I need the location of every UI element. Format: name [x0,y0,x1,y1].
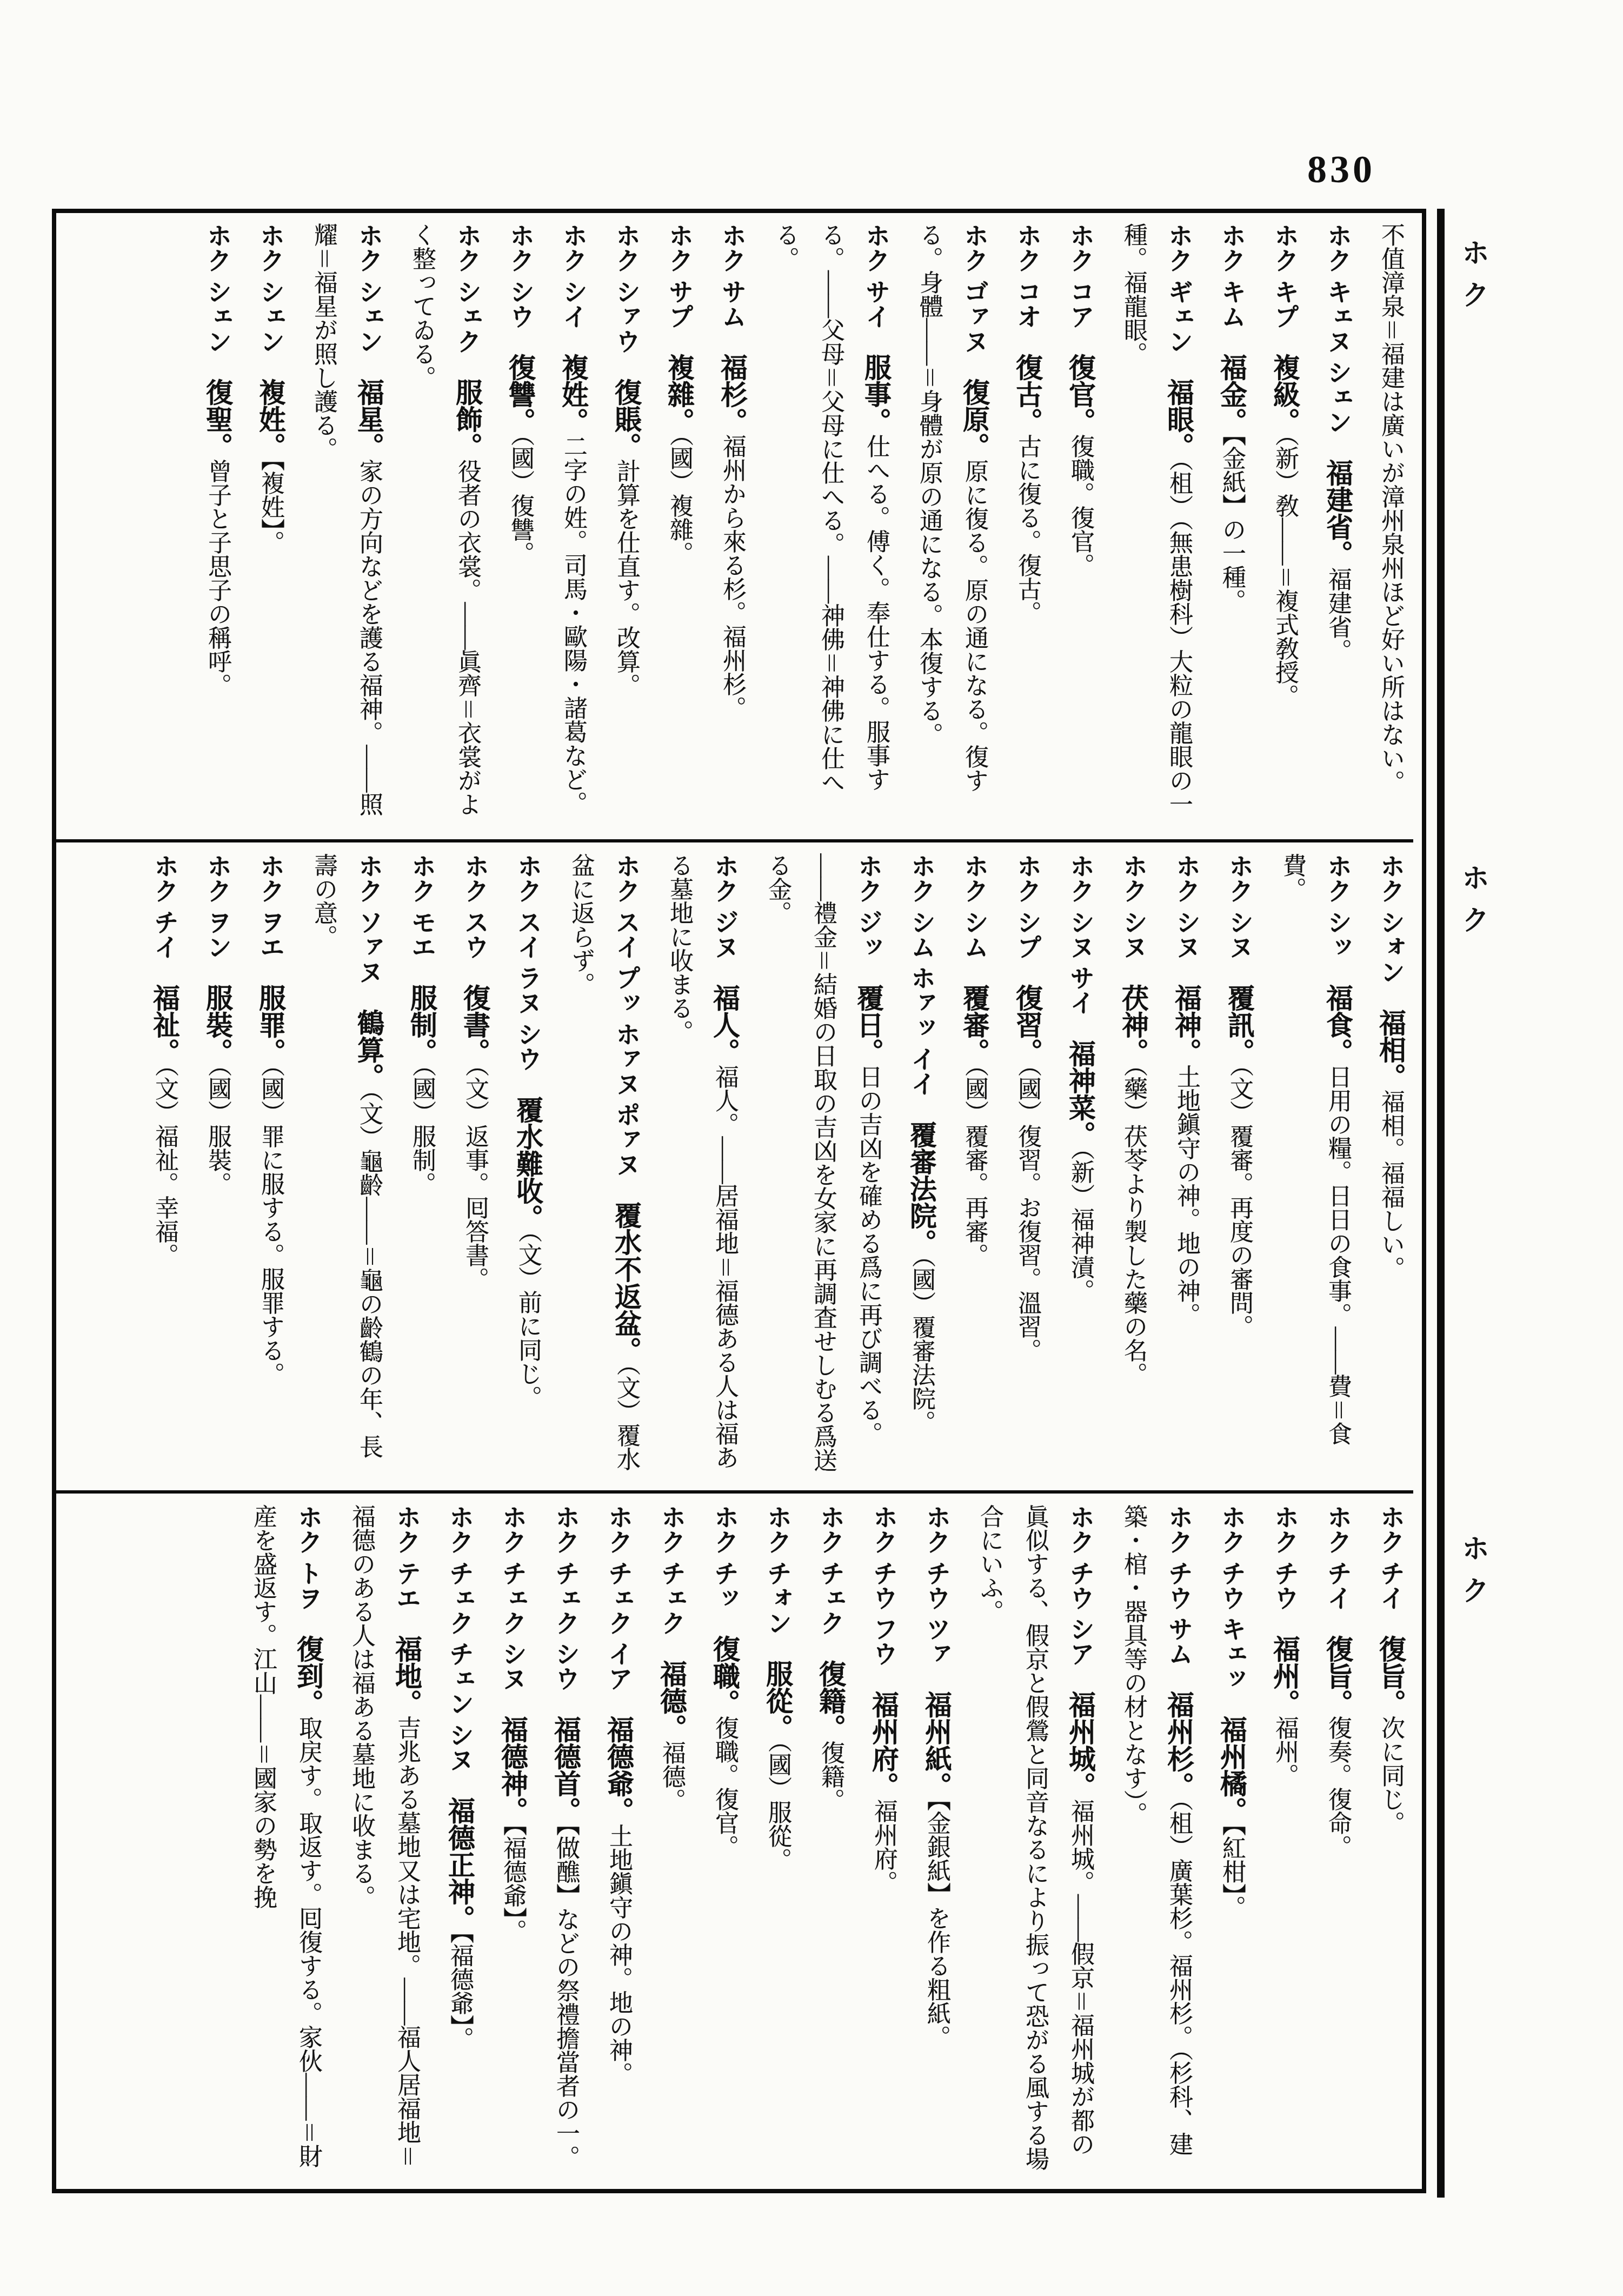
entry-reading: ホク シイ [560,223,587,354]
entry-gloss: 【金紙】の一種。 [1219,435,1245,613]
entry-gloss: （國）復習。お復習。溫習。 [1014,1065,1041,1363]
dict-entry: ホク コオ復古。古に復る。復古。 [1005,223,1050,827]
dict-entry: ホク チェク シウ福德首。【做醮】などの祭禮擔當者の一。 [543,1504,588,2177]
entry-headword: 福州城。 [1065,1691,1095,1799]
entry-reading: ホク シォン [1377,853,1405,1009]
dict-entry: ホク サプ複雜。（國）複雜。 [656,223,702,827]
dict-entry: ホク ヲン服裝。（國）服裝。 [195,853,240,1476]
margin-index-label-bottom: ホク [1452,1534,1493,1618]
entry-reading: ホク チェク [817,1504,844,1660]
dict-entry: ホク スイ ラヌ シウ覆水難收。（文）前に同じ。 [505,853,550,1476]
dict-entry: ホク シヌ覆訊。（文）覆審。再度の審問。 [1216,853,1262,1476]
entry-reading: ホク モエ [408,853,436,984]
entry-gloss: 【金銀紙】を作る粗紙。 [923,1799,950,2049]
entry-reading: ホク チェク [658,1504,686,1660]
dict-entry: ホク チェク福德。福德。 [649,1504,694,2177]
entry-reading: ホク シェン [257,223,284,379]
entry-reading: ホク チイ [1324,1504,1352,1635]
dict-entry: ホク ソァヌ鶴算。（文）龜齡――＝龜の齡鶴の年、長壽の意。 [301,853,391,1476]
dict-entry: ホク ゴァヌ復原。原に復る。原の通になる。復する。身體――＝身體が原の通になる。… [906,223,997,827]
entry-headword: 復旨。 [1375,1635,1406,1716]
dictionary-page-scan: { "page": { "number": "830", "margin_lab… [0,0,1623,2296]
entry-reading: ホク シウ [507,223,534,354]
entry-gloss: （國）覆審法院。 [908,1256,935,1435]
dict-entry: ホク チイ福祉。（文）福祉。幸福。 [142,853,187,1476]
entry-headword: 覆水難收。 [513,1096,543,1231]
dict-entry: ホク テエ福地。吉兆ある墓地又は宅地。――福人居福地＝福德のある人は福ある墓地に… [338,1504,429,2177]
entry-headword: 福地。 [391,1635,422,1716]
entry-gloss: （文）返事。囘答書。 [462,1065,488,1291]
entry-reading: ホク スイ プッ ホァヌ ポァヌ [613,853,640,1202]
entry-reading: ホク チウ シア [1067,1504,1094,1691]
dict-entry: ホク シェン復聖。曾子と子思子の稱呼。 [195,223,240,827]
dict-entry: ホク スイ プッ ホァヌ ポァヌ覆水不返盆。（文）覆水盆に返らず。 [558,853,649,1476]
entry-reading: ホク シェン [355,223,383,379]
entry-headword: 復籍。 [815,1660,846,1741]
entry-gloss: 福州府。 [870,1799,897,1894]
entry-headword: 福德神。 [497,1716,528,1824]
entry-gloss: 福建省。 [1325,567,1351,662]
entry-headword: 復官。 [1065,354,1095,435]
dict-entry: ホク シォン福相。福相。福福しい。 [1368,853,1413,1476]
entry-headword: 福神。 [1171,984,1201,1065]
entry-gloss: （新）敎――＝複式敎授。 [1272,435,1298,708]
entry-headword: 福星。 [354,379,384,460]
margin-rule [1437,209,1445,2198]
entry-gloss: （文）前に同じ。 [515,1231,541,1410]
dict-entry: ホク サイ服事。仕へる。傅く。奉仕する。服事する。――父母＝父母に仕へる。――神… [762,223,899,827]
dict-entry: ホク シム ホァッ イイ覆審法院。（國）覆審法院。 [899,853,944,1476]
entry-reading: ホク チウ [1271,1504,1299,1635]
entry-reading: ホク コオ [1014,223,1041,354]
entry-headword: 復到。 [293,1635,323,1716]
entry-headword: 複姓。 [558,354,588,435]
dict-entry: ホク チッ復職。復職。復官。 [702,1504,747,2177]
entry-gloss: （新）福神漬。 [1067,1148,1094,1303]
dict-entry: ホク コア復官。復職。復官。 [1057,223,1103,827]
entry-gloss: 【福德爺】。 [500,1824,526,1943]
entry-reading: ホク シッ [1324,853,1352,984]
entry-reading: ホク ジッ [855,853,882,984]
dict-entry: ホク シヌ サイ福神菜。（新）福神漬。 [1057,853,1103,1476]
entry-reading: ホク ソァヌ [355,853,383,1009]
entry-headword: 福人。 [709,984,740,1065]
entry-headword: 福德。 [656,1660,687,1741]
entry-reading: ホク コア [1067,223,1094,354]
entry-headword: 復職。 [709,1635,740,1716]
entry-reading: ホク チイ [151,853,178,984]
margin-index-label-middle: ホク [1452,863,1493,947]
entry-reading: ホク シヌ サイ [1067,853,1094,1040]
entry-reading: ホク チッ [711,1504,739,1635]
entry-reading: ホク シム [961,853,988,984]
dict-entry: ホク シェン複姓。【複姓】。 [248,223,293,827]
entry-reading: ホク チェク イア [605,1504,633,1716]
dict-entry: ホク チウ福州。福州。 [1262,1504,1307,2177]
entry-reading: ホク ジヌ [711,853,739,984]
entry-reading: ホク サム [719,223,746,354]
entry-headword: 鶴算。 [354,1009,384,1090]
entry-reading: ホク チェク シウ [552,1504,580,1716]
tier-divider [56,839,1413,842]
dict-entry: ホク キェヌ シェン福建省。福建省。 [1315,223,1360,827]
entry-gloss: 復奏。復命。 [1325,1716,1351,1859]
entry-gloss: （國）服裝。 [204,1065,231,1196]
entry-headword: 福德首。 [550,1716,581,1824]
dict-entry: ホク シム覆審。（國）覆審。再審。 [952,853,997,1476]
entry-headword: 服裝。 [202,984,232,1065]
dict-entry: ホク チェク イア福德爺。土地鎭守の神。地の神。 [596,1504,641,2177]
entry-headword: 福建省。 [1322,459,1353,567]
entry-gloss: （國）服制。 [409,1065,435,1196]
entry-reading: ホク トヲ [295,1504,322,1635]
entry-reading: ホク チェク チェン シヌ [446,1504,474,1797]
dict-entry: ホク チウ サム福州杉。（柤）廣葉杉。福州杉。（杉科、建築・棺・器具等の材となす… [1110,1504,1201,2177]
entry-reading: ホク チォン [764,1504,791,1660]
entry-headword: 福州。 [1269,1635,1300,1716]
tier-middle: ホク シォン福相。福相。福福しい。ホク シッ福食。日用の糧。日日の食事。――費＝… [66,853,1413,1476]
dict-entry: ホク スウ復書。（文）返事。囘答書。 [452,853,497,1476]
entry-headword: 福州紙。 [921,1691,952,1799]
dict-entry: ホク シァウ復賬。計算を仕直す。改算。 [603,223,649,827]
entry-gloss: 福德。 [658,1741,685,1813]
entry-reading: ホク チウ フウ [870,1504,897,1691]
dict-entry: ホク ヲエ服罪。（國）罪に服する。服罪する。 [248,853,293,1476]
entry-reading: ホク ヲエ [257,853,284,984]
entry-gloss: （國）覆審。再審。 [961,1065,988,1268]
dict-entry: ホク シヌ福神。土地鎭守の神。地の神。 [1163,853,1209,1476]
tier-divider [56,1490,1413,1494]
entry-reading: ホク シェク [454,223,481,379]
entry-reading: ホク ゴァヌ [961,223,988,379]
entry-gloss: 福州から來る杉。福州杉。 [719,435,746,720]
entry-headword: 復習。 [1012,984,1042,1065]
entry-headword: 福德爺。 [603,1716,634,1824]
page-number: 830 [1307,147,1375,192]
entry-headword: 復聖。 [202,379,232,460]
dict-entry: ホク ギェン福眼。（柤）（無患樹科）大粒の龍眼の一種。福龍眼。 [1110,223,1201,827]
entry-gloss: 古に復る。復古。 [1014,435,1041,625]
tier-top: 不值漳泉＝福建は廣いが漳州泉州ほど好い所はない。ホク キェヌ シェン福建省。福建… [66,223,1413,827]
entry-headword: 覆審法院。 [906,1121,936,1256]
entry-gloss: （文）覆審。再度の審問。 [1226,1065,1253,1339]
entry-headword: 覆水不返盆。 [611,1202,641,1364]
entry-gloss: 曾子と子思子の稱呼。 [204,460,231,698]
dict-entry: ホク トヲ復到。取戻す。取返す。囘復する。家伙――＝財産を盛返す。江山――＝國家… [240,1504,331,2177]
dict-entry: ホク チウ ツァ福州紙。【金銀紙】を作る粗紙。 [914,1504,959,2177]
entry-headword: 茯神。 [1118,984,1148,1065]
dict-entry: ホク シイ複姓。二字の姓。司馬・歐陽・諸葛など。 [550,223,596,827]
dict-entry: ホク チウ フウ福州府。福州府。 [861,1504,906,2177]
entry-reading: ホク チイ [1377,1504,1405,1635]
entry-gloss: （國）復讐。 [507,435,534,566]
entry-headword: 福州府。 [868,1691,899,1799]
entry-headword: 復旨。 [1322,1635,1353,1716]
entry-gloss: 復職。復官。 [1067,435,1094,578]
entry-gloss: 二字の姓。司馬・歐陽・諸葛など。 [560,435,587,815]
entry-headword: 覆審。 [959,984,989,1065]
entry-gloss: （藥）茯苓より製した藥の名。 [1120,1065,1147,1386]
entry-headword: 複級。 [1269,354,1300,435]
entry-reading: ホク テエ [393,1504,421,1635]
dict-entry: ホク チウ シア福州城。福州城。――假京＝福州城が都の眞似する、假京と假鶯と同音… [967,1504,1103,2177]
dict-entry: ホク シッ福食。日用の糧。日日の食事。――費＝食費。 [1269,853,1360,1476]
entry-headword: 福食。 [1322,984,1353,1065]
entry-gloss: （國）服從。 [764,1741,791,1872]
entry-reading: ホク サプ [666,223,693,354]
entry-reading: ホク シム ホァッ イイ [908,853,935,1121]
dict-entry: 不值漳泉＝福建は廣いが漳州泉州ほど好い所はない。 [1368,223,1413,827]
entry-headword: 服罪。 [255,984,285,1065]
entry-gloss: 復籍。 [817,1741,844,1813]
dict-entry: ホク ジヌ福人。福人。――居福地＝福德ある人は福ある墓地に收まる。 [656,853,747,1476]
entry-headword: 複姓。 [255,379,285,460]
dict-entry: ホク シェン福星。家の方向などを護る福神。――照耀＝福星が照し護る。 [301,223,391,827]
dict-entry: ホク サム福杉。福州から來る杉。福州杉。 [709,223,755,827]
entry-headword: 福州橘。 [1216,1716,1247,1824]
entry-reading: ホク シヌ [1173,853,1200,984]
entry-gloss: 【做醮】などの祭禮擔當者の一。 [553,1824,579,2169]
dict-entry: ホク キム福金。【金紙】の一種。 [1209,223,1254,827]
entry-gloss: （國）罪に服する。服罪する。 [257,1065,284,1386]
dict-entry: ホク チェク シヌ福德神。【福德爺】。 [490,1504,535,2177]
dict-entry: ホク シヌ茯神。（藥）茯苓より製した藥の名。 [1110,853,1156,1476]
entry-headword: 福杉。 [717,354,747,435]
entry-headword: 複雜。 [664,354,694,435]
entry-gloss: （文）福祉。幸福。 [151,1065,178,1268]
dict-entry: ホク キプ複級。（新）敎――＝複式敎授。 [1262,223,1307,827]
entry-reading: ホク スイ ラヌ シウ [514,853,542,1096]
entry-headword: 福相。 [1375,1009,1406,1090]
entry-reading: ホク キェヌ シェン [1324,223,1352,459]
entry-reading: ホク チウ ツァ [923,1504,950,1691]
entry-gloss: 計算を仕直す。改算。 [613,460,640,698]
entry-gloss: 不值漳泉＝福建は廣いが漳州泉州ほど好い所はない。 [1378,223,1404,794]
entry-gloss: 土地鎭守の神。地の神。 [1173,1065,1200,1327]
entry-gloss: 福州。 [1272,1716,1298,1788]
entry-reading: ホク シヌ [1120,853,1147,984]
entry-headword: 復古。 [1012,354,1042,435]
dict-entry: ホク シェク服飾。役者の衣裳。――眞齊＝衣裳がよく整ってゐる。 [399,223,490,827]
entry-reading: ホク シプ [1014,853,1041,984]
entry-reading: ホク シェン [204,223,231,379]
entry-reading: ホク シァウ [613,223,640,379]
entry-gloss: 【福德爺】。 [447,1932,473,2051]
entry-headword: 福神菜。 [1065,1040,1095,1148]
tier-bottom: ホク チイ復旨。次に同じ。ホク チイ復旨。復奏。復命。ホク チウ福州。福州。ホク… [66,1504,1413,2177]
entry-headword: 復賬。 [611,379,641,460]
entry-reading: ホク ヲン [204,853,231,984]
entry-headword: 服飾。 [452,379,482,460]
entry-headword: 服制。 [407,984,437,1065]
entry-gloss: 【複姓】。 [257,460,284,555]
entry-headword: 福德正神。 [444,1797,475,1932]
dict-entry: ホク チイ復旨。復奏。復命。 [1315,1504,1360,2177]
entry-gloss: 復職。復官。 [711,1716,738,1859]
entry-reading: ホク チェク シヌ [499,1504,527,1716]
dict-entry: ホク シプ復習。（國）復習。お復習。溫習。 [1005,853,1050,1476]
entry-reading: ホク ギェン [1165,223,1193,379]
entry-headword: 復原。 [959,379,989,460]
entry-headword: 福金。 [1216,354,1247,435]
dict-entry: ホク チェク チェン シヌ福德正神。【福德爺】。 [437,1504,482,2177]
dict-entry: ホク チォン服從。（國）服從。 [755,1504,800,2177]
entry-headword: 服從。 [762,1660,793,1741]
entry-headword: 福祉。 [149,984,179,1065]
entry-gloss: 土地鎭守の神。地の神。 [606,1824,632,2086]
dict-entry: ホク チイ復旨。次に同じ。 [1368,1504,1413,2177]
entry-headword: 覆日。 [853,984,883,1065]
entry-reading: ホク キム [1218,223,1246,354]
entry-gloss: 福相。福福しい。 [1378,1090,1404,1280]
entry-gloss: 【紅柑】。 [1219,1824,1245,1919]
entry-reading: ホク シヌ [1226,853,1253,984]
entry-reading: ホク チウ キェッ [1218,1504,1246,1716]
entry-headword: 復讐。 [505,354,535,435]
dict-entry: ホク チウ キェッ福州橘。【紅柑】。 [1209,1504,1254,2177]
margin-index-label-top: ホク [1452,238,1493,322]
entry-headword: 服事。 [861,354,891,435]
entry-reading: ホク キプ [1271,223,1299,354]
dict-entry: ホク チェク復籍。復籍。 [808,1504,853,2177]
entry-gloss: 次に同じ。 [1378,1716,1404,1835]
entry-reading: ホク サイ [862,223,890,354]
entry-headword: 福州杉。 [1163,1691,1194,1799]
entry-reading: ホク チウ サム [1165,1504,1193,1691]
dict-entry: ホク ジッ覆日。日の吉凶を確める爲に再び調べる。――禮金＝結婚の日取の吉凶を女家… [755,853,891,1476]
entry-headword: 福眼。 [1163,379,1194,460]
entry-gloss: （國）複雜。 [666,435,693,566]
entry-reading: ホク スウ [461,853,489,984]
entry-headword: 復書。 [460,984,490,1065]
dict-entry: ホク モエ服制。（國）服制。 [399,853,444,1476]
dict-entry: ホク シウ復讐。（國）復讐。 [497,223,543,827]
entry-headword: 覆訊。 [1224,984,1254,1065]
